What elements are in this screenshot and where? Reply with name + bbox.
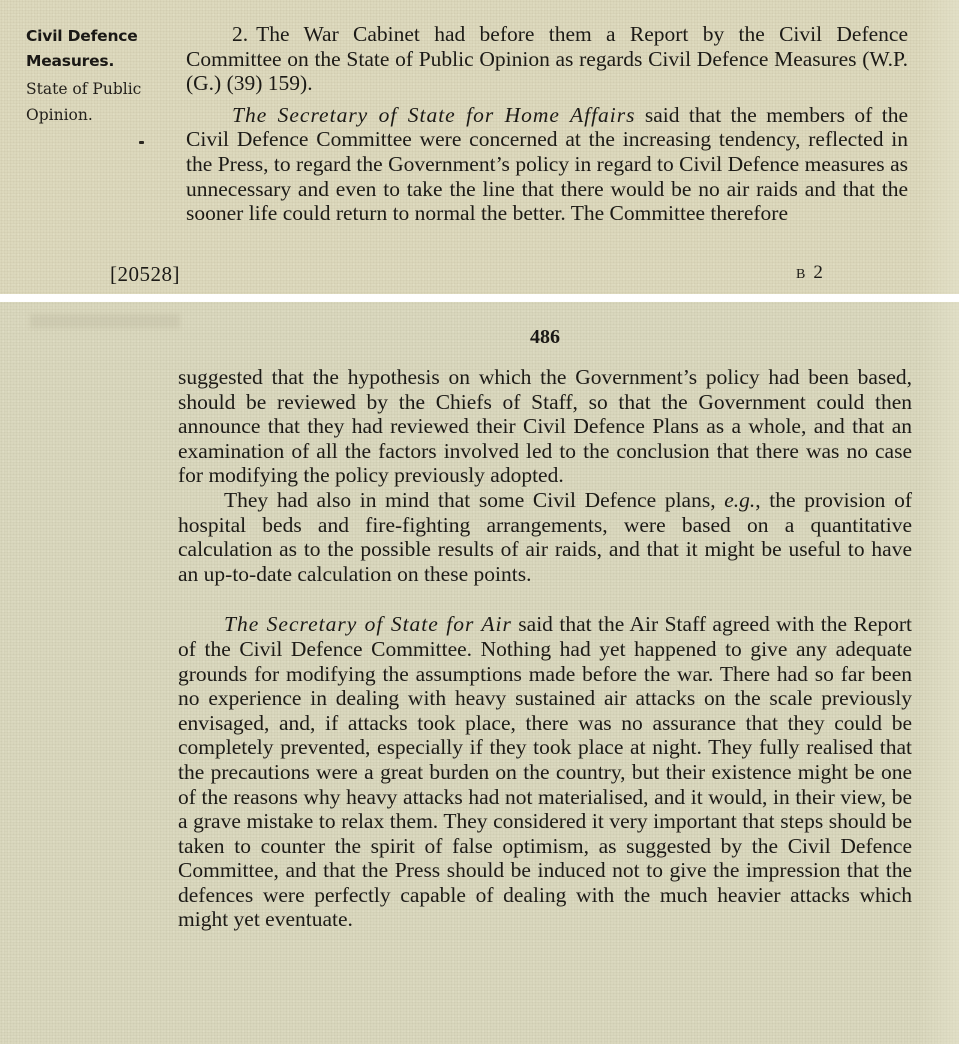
- margin-notes: Civil Defence Measures. State of Public …: [26, 24, 166, 128]
- body-text-top: 2.The War Cabinet had before them a Repo…: [186, 22, 908, 226]
- speaker-name: The Secretary of State for Home Affairs: [232, 103, 636, 127]
- paragraph-text: The War Cabinet had before them a Report…: [186, 22, 908, 95]
- scanned-page-top: Civil Defence Measures. State of Public …: [0, 0, 959, 294]
- document-reference-number: [20528]: [110, 262, 180, 287]
- page-number: 486: [530, 326, 560, 349]
- page-edge-shading: [919, 0, 959, 294]
- speaker-name: The Secretary of State for Air: [224, 612, 512, 636]
- body-text-bottom: suggested that the hypothesis on which t…: [178, 365, 912, 932]
- paragraph-home-affairs: The Secretary of State for Home Affairs …: [186, 103, 908, 226]
- paragraph-civil-defence-plans: They had also in mind that some Civil De…: [178, 488, 912, 586]
- page-edge-shading: [919, 302, 959, 1044]
- printer-signature-mark: B2: [796, 262, 823, 284]
- margin-subheading: State of Public Opinion.: [26, 76, 166, 128]
- margin-heading-line-1: Civil Defence: [26, 24, 166, 49]
- stray-ink-mark: [139, 141, 144, 144]
- paragraph-text: said that the Air Staff agreed with the …: [178, 612, 912, 931]
- signature-number: 2: [813, 262, 823, 283]
- paragraph-continuation: suggested that the hypothesis on which t…: [178, 365, 912, 488]
- paragraph-text: They had also in mind that some Civil De…: [224, 488, 724, 512]
- scanned-page-bottom: 486 suggested that the hypothesis on whi…: [0, 302, 959, 1044]
- abbreviation-eg: e.g.: [724, 488, 755, 512]
- bleed-through-ghost-text: [30, 314, 180, 328]
- signature-letter: B: [796, 267, 805, 282]
- item-number: 2.: [232, 22, 248, 46]
- margin-subheading-line-1: State of Public: [26, 80, 141, 98]
- paragraph-item-2: 2.The War Cabinet had before them a Repo…: [186, 22, 908, 96]
- margin-heading-line-2: Measures.: [26, 49, 166, 74]
- margin-subheading-line-2: Opinion.: [26, 106, 93, 124]
- paragraph-secretary-for-air: The Secretary of State for Air said that…: [178, 612, 912, 932]
